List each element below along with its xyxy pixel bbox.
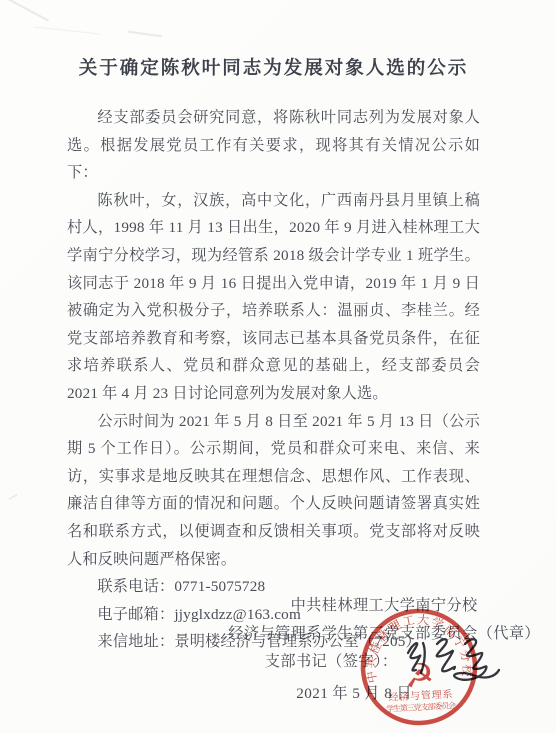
signature-label: 支部书记（签字）： [265,648,398,676]
announcement-paragraph: 经支部委员会研究同意，将陈秋叶同志列为发展对象人选。根据发展党员工作有关要求，现… [67,104,480,187]
announcement-page: 关于确定陈秋叶同志为发展对象人选的公示 经支部委员会研究同意，将陈秋叶同志列为发… [0,0,556,733]
org-name-line1: 中共桂林理工大学南宁分校 [291,592,478,620]
document-date: 2021 年 5 月 8 日 [296,680,412,708]
document-body: 关于确定陈秋叶同志为发展对象人选的公示 经支部委员会研究同意，将陈秋叶同志列为发… [0,0,556,656]
contact-phone-label: 联系电话： [97,578,174,595]
contact-email-label: 电子邮箱： [97,606,174,623]
announcement-paragraph: 公示时间为 2021 年 5 月 8 日至 2021 年 5 月 13 日（公示… [67,408,480,574]
contact-address-label: 来信地址： [97,633,174,650]
page-title: 关于确定陈秋叶同志为发展对象人选的公示 [67,54,480,80]
signature-line: 支部书记（签字）： [265,648,504,676]
handwritten-signature [401,631,505,689]
closing-block: 中共桂林理工大学南宁分校 经济与管理系学生第三党支部委员会（代章） 支部书记（签… [228,592,540,708]
announcement-paragraph: 陈秋叶，女，汉族，高中文化，广西南丹县月里镇上稿村人，1998 年 11 月 1… [67,187,480,408]
